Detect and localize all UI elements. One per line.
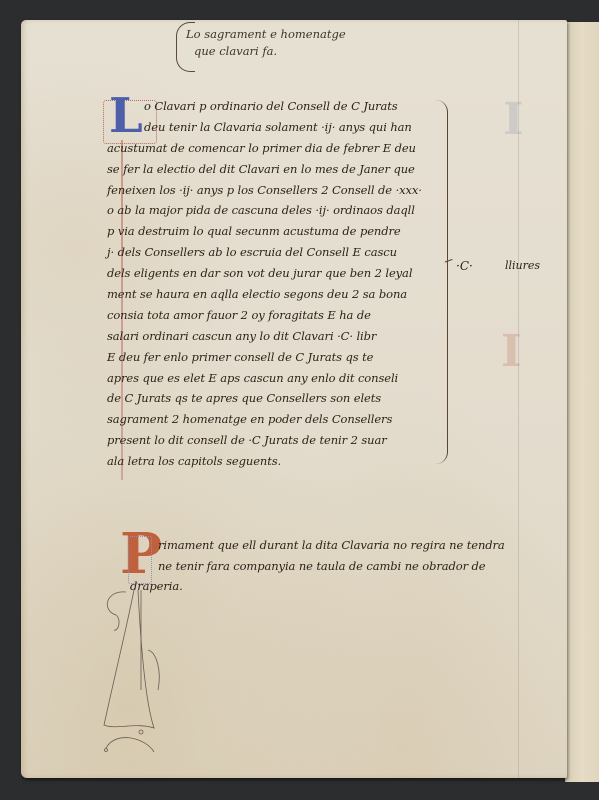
text-line: j· dels Consellers ab lo escruia del Con… bbox=[107, 242, 432, 263]
show-through-initial-blue: I bbox=[503, 98, 524, 142]
text-line: ment se haura en aqlla electio segons de… bbox=[107, 284, 432, 305]
rubric-line: que clavari fa. bbox=[186, 43, 396, 60]
margin-unit: lliures bbox=[505, 259, 540, 272]
text-line: apres que es elet E aps cascun any enlo … bbox=[107, 368, 432, 389]
text-line: p via destruim lo qual secunm acustuma d… bbox=[107, 221, 432, 242]
margin-amount: ·C· bbox=[456, 259, 473, 273]
text-line: o ab la major pida de cascuna deles ·ij·… bbox=[107, 200, 432, 221]
text-line: de C Jurats qs te apres que Consellers s… bbox=[107, 388, 432, 409]
margin-brace bbox=[435, 100, 448, 464]
text-line: dels eligents en dar son vot deu jurar q… bbox=[107, 263, 432, 284]
text-line: deu tenir la Clavaria solament ·ij· anys… bbox=[107, 117, 432, 138]
rubric-line: Lo sagrament e homenatge bbox=[186, 26, 396, 43]
main-text-block: o Clavari p ordinario del Consell de C J… bbox=[107, 96, 432, 472]
rubric-heading: Lo sagrament e homenatge que clavari fa. bbox=[186, 26, 396, 60]
text-line: ala letra los capitols seguents. bbox=[107, 451, 432, 472]
text-line: se fer la electio del dit Clavari en lo … bbox=[107, 159, 432, 180]
text-line: sagrament 2 homenatge en poder dels Cons… bbox=[107, 409, 432, 430]
text-line: o Clavari p ordinario del Consell de C J… bbox=[107, 96, 432, 117]
text-line: consia tota amor fauor 2 oy foragitats E… bbox=[107, 305, 432, 326]
text-line: ne tenir fara companyia ne taula de camb… bbox=[158, 556, 528, 577]
text-line: acustumat de comencar lo primer dia de f… bbox=[107, 138, 432, 159]
text-line: feneixen los ·ij· anys p los Consellers … bbox=[107, 180, 432, 201]
text-line: present lo dit consell de ·C Jurats de t… bbox=[107, 430, 432, 451]
text-line: salari ordinari cascun any lo dit Clavar… bbox=[107, 326, 432, 347]
show-through-initial-red: I bbox=[501, 330, 522, 374]
adjacent-page-edge bbox=[565, 22, 599, 782]
text-line: E deu fer enlo primer consell de C Jurat… bbox=[107, 347, 432, 368]
text-line: draperia. bbox=[130, 576, 528, 597]
initial-p-pen-flourish bbox=[96, 590, 186, 770]
second-paragraph: rimament que ell durant la dita Clavaria… bbox=[158, 535, 528, 597]
text-line: rimament que ell durant la dita Clavaria… bbox=[158, 535, 528, 556]
